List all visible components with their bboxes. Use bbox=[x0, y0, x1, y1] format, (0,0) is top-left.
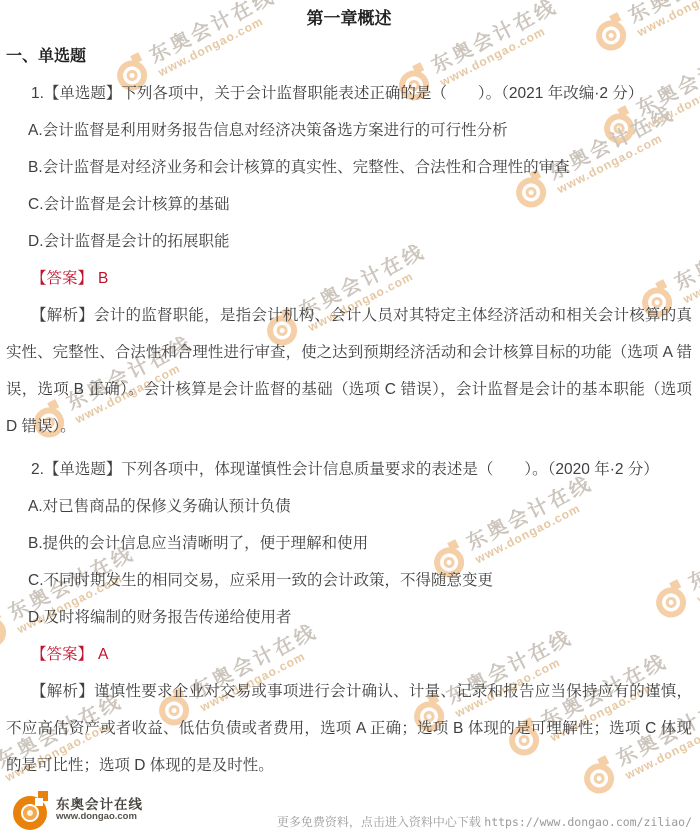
question-2-option-a: A.对已售商品的保修义务确认预计负债 bbox=[6, 488, 692, 525]
question-1-stem: 1.【单选题】下列各项中，关于会计监督职能表述正确的是（ ）。（2021 年改编… bbox=[6, 75, 692, 112]
answer-value: B bbox=[98, 270, 108, 287]
dongao-logo-icon bbox=[13, 790, 49, 830]
brand-block: 东奥会计在线 www.dongao.com bbox=[13, 790, 143, 830]
question-2-stem: 2.【单选题】下列各项中，体现谨慎性会计信息质量要求的表述是（ ）。（2020 … bbox=[6, 451, 692, 488]
page-footer: 东奥会计在线 www.dongao.com 更多免费资料，点击进入资料中心下载 … bbox=[13, 790, 692, 830]
question-2-option-d: D.及时将编制的财务报告传递给使用者 bbox=[6, 599, 692, 636]
question-1-answer-line: 【答案】B bbox=[6, 260, 692, 297]
answer-label: 【答案】 bbox=[31, 270, 93, 287]
answer-label: 【答案】 bbox=[31, 646, 93, 663]
document-content: 第一章概述 一、单选题 1.【单选题】下列各项中，关于会计监督职能表述正确的是（… bbox=[0, 0, 700, 784]
question-1-analysis: 【解析】会计的监督职能，是指会计机构、会计人员对其特定主体经济活动和相关会计核算… bbox=[6, 297, 692, 445]
answer-value: A bbox=[98, 646, 108, 663]
promo-link[interactable]: https://www.dongao.com/ziliao/ bbox=[484, 815, 692, 829]
question-2-option-b: B.提供的会计信息应当清晰明了，便于理解和使用 bbox=[6, 525, 692, 562]
section-heading: 一、单选题 bbox=[6, 38, 692, 75]
question-1-option-a: A.会计监督是利用财务报告信息对经济决策备选方案进行的可行性分析 bbox=[6, 112, 692, 149]
promo-text: 更多免费资料，点击进入资料中心下载 bbox=[277, 815, 481, 829]
question-1-option-b: B.会计监督是对经济业务和会计核算的真实性、完整性、合法性和合理性的审查 bbox=[6, 149, 692, 186]
question-2-answer-line: 【答案】A bbox=[6, 636, 692, 673]
question-2-analysis: 【解析】谨慎性要求企业对交易或事项进行会计确认、计量、记录和报告应当保持应有的谨… bbox=[6, 673, 692, 784]
question-1-option-d: D.会计监督是会计的拓展职能 bbox=[6, 223, 692, 260]
footer-promo: 更多免费资料，点击进入资料中心下载 https://www.dongao.com… bbox=[277, 813, 692, 830]
question-1-option-c: C.会计监督是会计核算的基础 bbox=[6, 186, 692, 223]
brand-site: www.dongao.com bbox=[56, 812, 143, 823]
document-page: 东奥会计在线www.dongao.com东奥会计在线www.dongao.com… bbox=[0, 0, 700, 838]
brand-text: 东奥会计在线 www.dongao.com bbox=[56, 797, 143, 823]
brand-name: 东奥会计在线 bbox=[56, 797, 143, 813]
chapter-title: 第一章概述 bbox=[6, 0, 692, 38]
question-2-option-c: C.不同时期发生的相同交易，应采用一致的会计政策，不得随意变更 bbox=[6, 562, 692, 599]
